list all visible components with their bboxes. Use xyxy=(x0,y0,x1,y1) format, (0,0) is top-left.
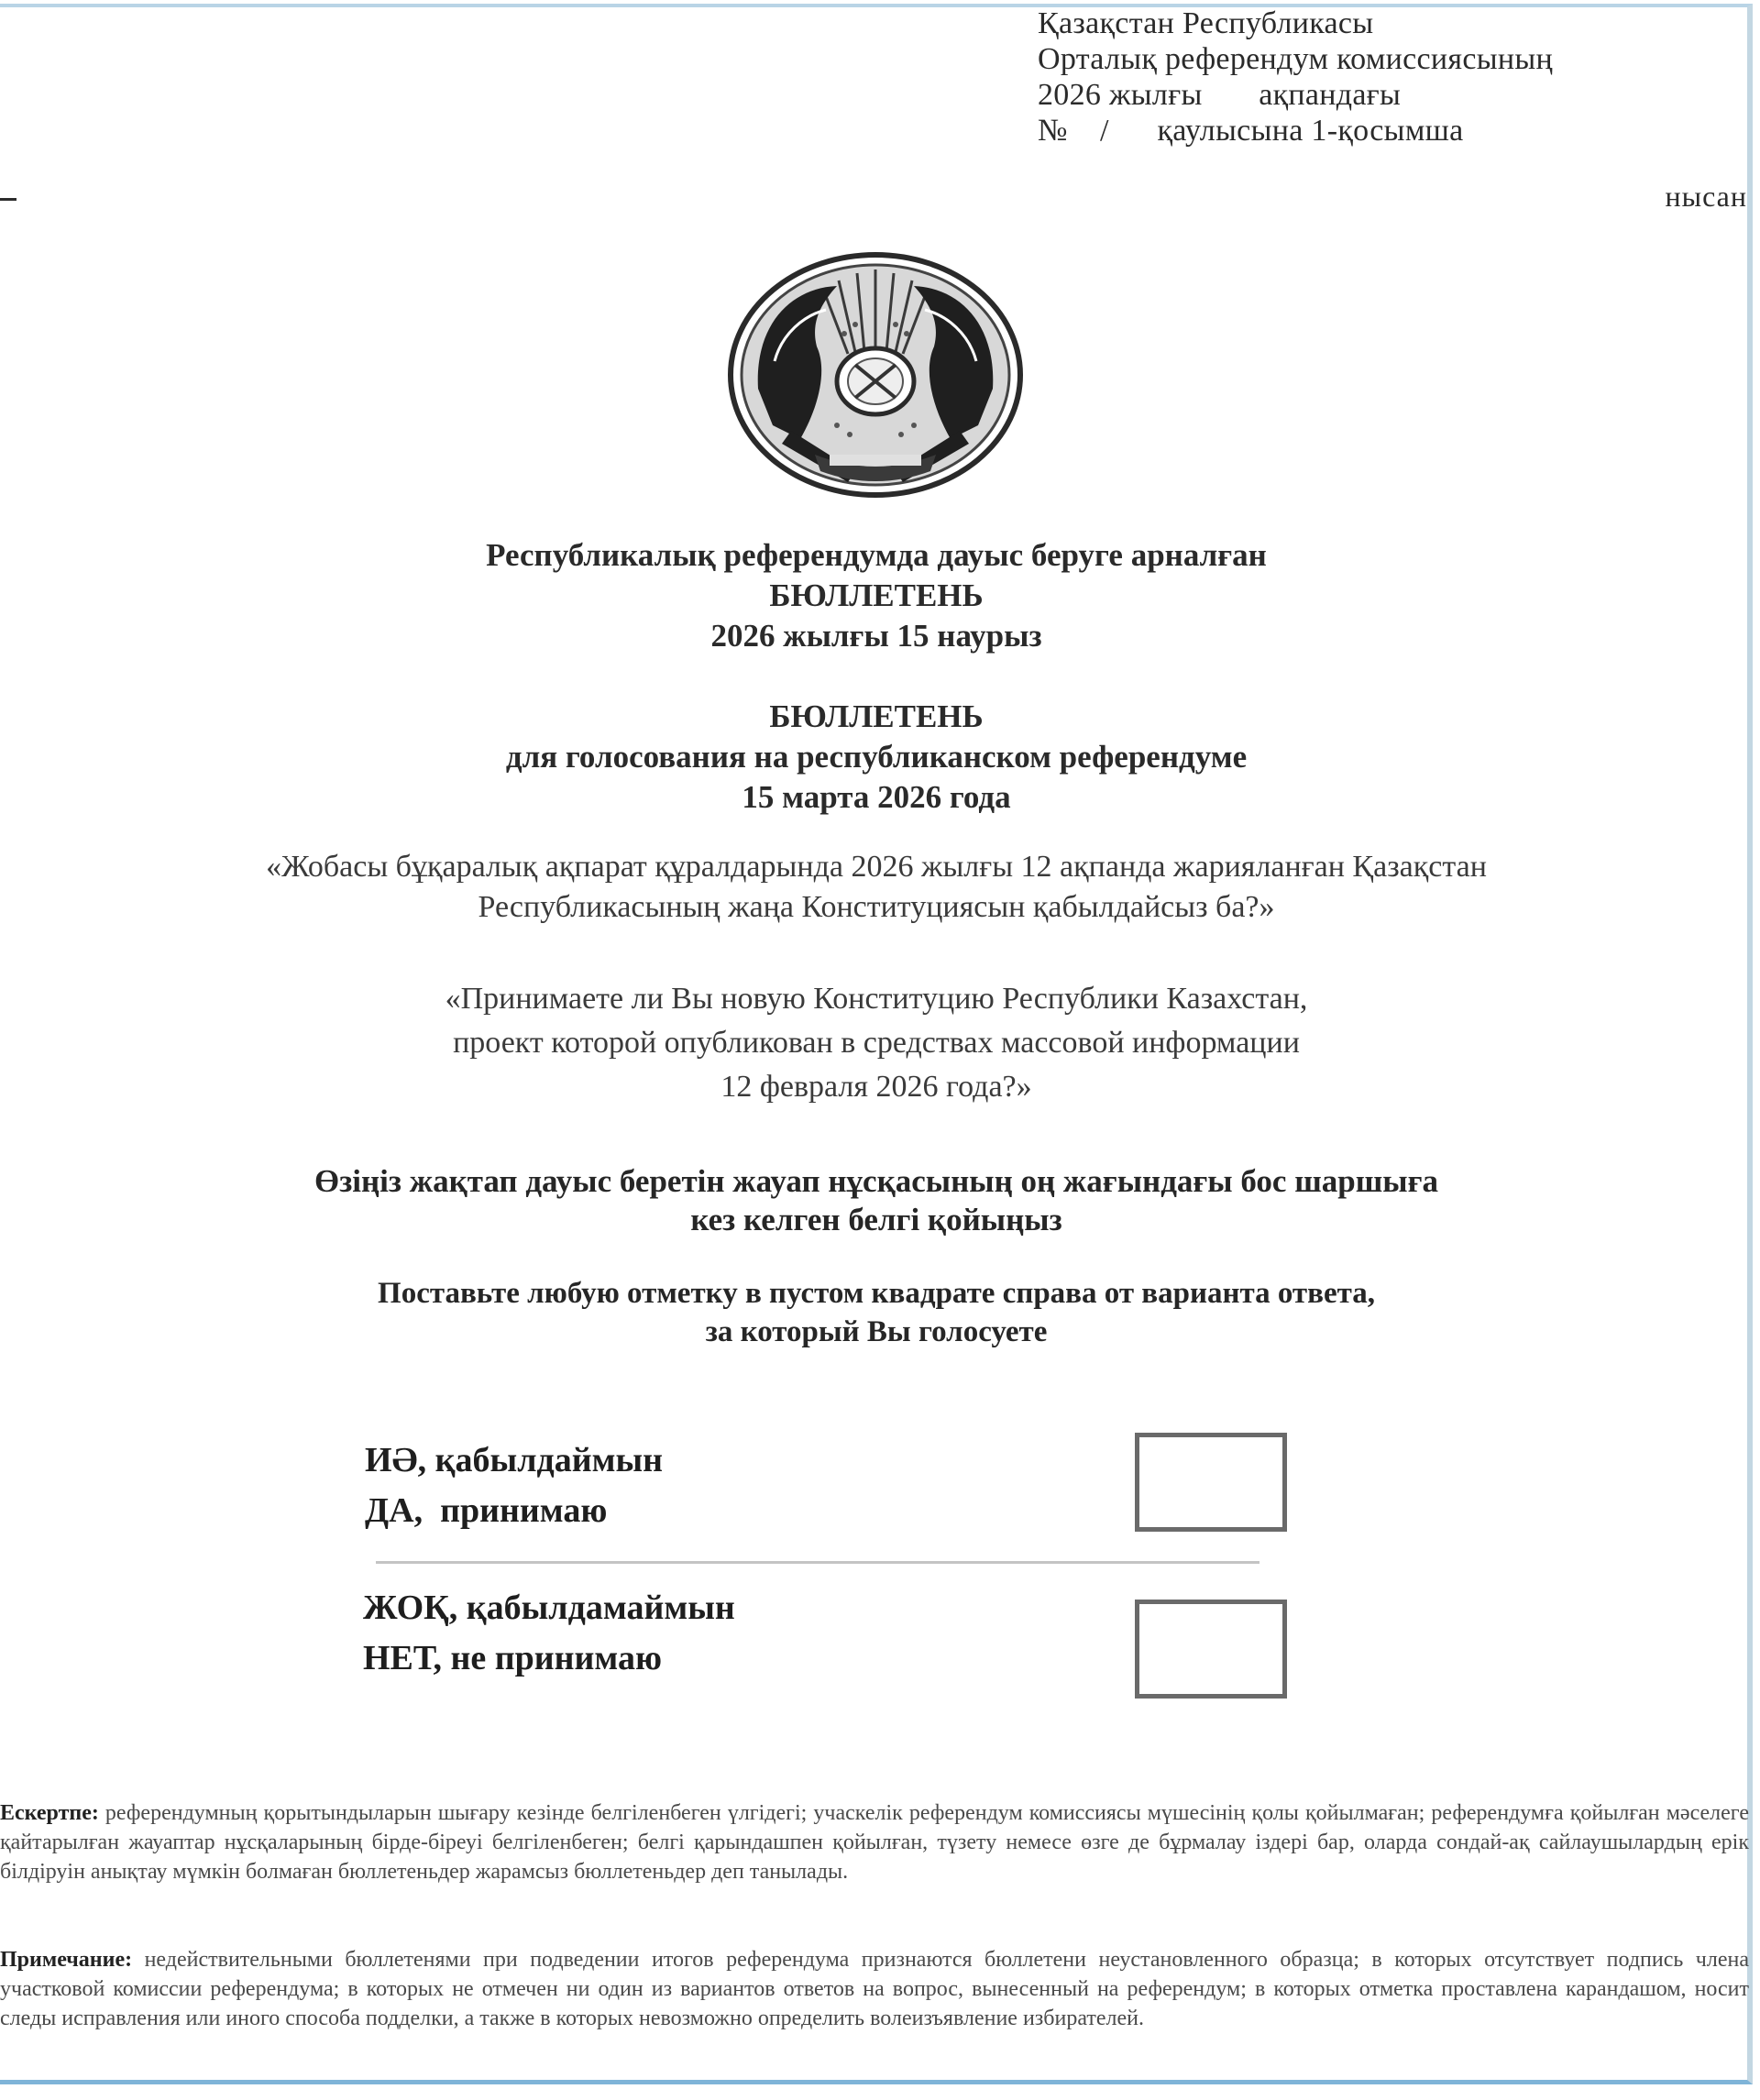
footnote-text: недействительными бюллетенями при подвед… xyxy=(0,1948,1749,2030)
instruction-line: за который Вы голосуете xyxy=(0,1313,1753,1351)
title-date: 2026 жылғы 15 наурыз xyxy=(0,616,1753,656)
title-line: БЮЛЛЕТЕНЬ xyxy=(0,697,1753,737)
footnote-label: Ескертпе: xyxy=(0,1801,99,1825)
title-line: БЮЛЛЕТЕНЬ xyxy=(0,576,1753,616)
option-yes-kz: ИӘ, қабылдаймын xyxy=(365,1435,663,1486)
option-no-label: ЖОҚ, қабылдамаймын НЕТ, не принимаю xyxy=(363,1583,735,1684)
instruction-line: Поставьте любую отметку в пустом квадрат… xyxy=(0,1274,1753,1313)
option-yes-checkbox[interactable] xyxy=(1135,1433,1287,1532)
voting-instruction-kz: Өзіңіз жақтап дауыс беретін жауап нұсқас… xyxy=(0,1162,1753,1239)
margin-mark xyxy=(0,198,16,201)
option-no-ru: НЕТ, не принимаю xyxy=(363,1633,735,1684)
option-yes-label: ИӘ, қабылдаймын ДА, принимаю xyxy=(365,1435,663,1536)
header-line: Орталық референдум комиссиясының xyxy=(1038,41,1553,77)
title-line: Республикалық референдумда дауыс беруге … xyxy=(0,535,1753,576)
question-line: проект которой опубликован в средствах м… xyxy=(0,1021,1753,1065)
instruction-line: Өзіңіз жақтап дауыс беретін жауап нұсқас… xyxy=(0,1162,1753,1201)
option-yes-ru: ДА, принимаю xyxy=(365,1486,663,1536)
option-no-kz: ЖОҚ, қабылдамаймын xyxy=(363,1583,735,1633)
referendum-question-ru: «Принимаете ли Вы новую Конституцию Респ… xyxy=(0,977,1753,1109)
header-line: № / қаулысына 1-қосымша xyxy=(1038,113,1553,148)
header-line: 2026 жылғы ақпандағы xyxy=(1038,77,1553,113)
footnote-text: референдумның қорытындыларын шығару кезі… xyxy=(0,1801,1749,1884)
ballot-title-kz: Республикалық референдумда дауыс беруге … xyxy=(0,535,1753,656)
footnote-label: Примечание: xyxy=(0,1948,132,1972)
title-line: для голосования на республиканском рефер… xyxy=(0,737,1753,777)
referendum-question-kz: «Жобасы бұқаралық ақпарат құралдарында 2… xyxy=(0,847,1753,928)
ballot-title-ru: БЮЛЛЕТЕНЬ для голосования на республикан… xyxy=(0,697,1753,818)
option-no-checkbox[interactable] xyxy=(1135,1600,1287,1699)
question-line: «Жобасы бұқаралық ақпарат құралдарында 2… xyxy=(0,847,1753,887)
footnote-ru: Примечание: недействительными бюллетеням… xyxy=(0,1945,1749,2033)
voting-instruction-ru: Поставьте любую отметку в пустом квадрат… xyxy=(0,1274,1753,1351)
form-label: нысан xyxy=(1665,180,1747,214)
options-divider xyxy=(376,1561,1259,1564)
question-line: 12 февраля 2026 года?» xyxy=(0,1065,1753,1109)
footnote-kz: Ескертпе: референдумның қорытындыларын ш… xyxy=(0,1798,1749,1886)
question-line: «Принимаете ли Вы новую Конституцию Респ… xyxy=(0,977,1753,1021)
question-line: Республикасының жаңа Конституциясын қабы… xyxy=(0,887,1753,928)
kazakhstan-state-emblem-icon xyxy=(727,251,1024,499)
instruction-line: кез келген белгі қойыңыз xyxy=(0,1201,1753,1239)
header-line: Қазақстан Республикасы xyxy=(1038,5,1553,41)
title-date: 15 марта 2026 года xyxy=(0,777,1753,818)
approval-header: Қазақстан Республикасы Орталық референду… xyxy=(1038,5,1553,148)
